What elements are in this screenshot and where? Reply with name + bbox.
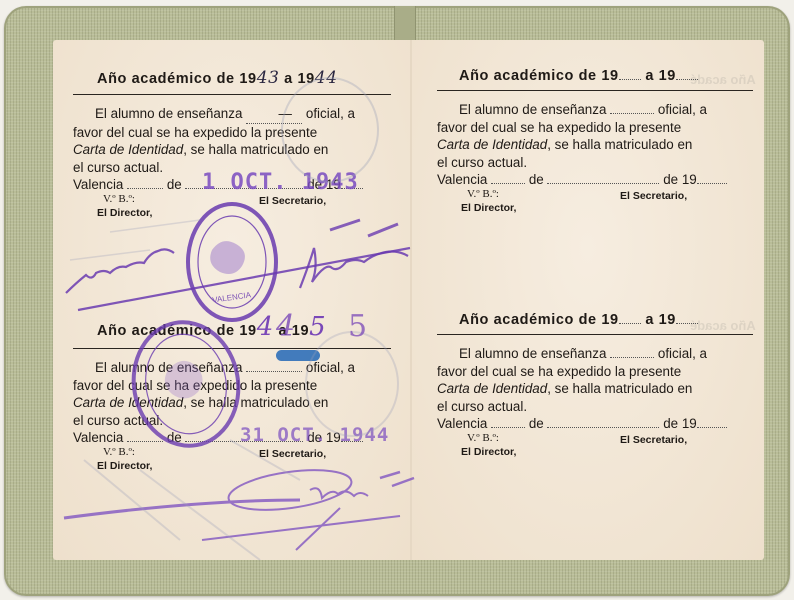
handwritten-year-from: 43: [257, 68, 280, 88]
section-body: El alumno de enseñanza oficial, a favor …: [437, 345, 753, 415]
section-heading: Año académico de 19 a 19: [437, 68, 753, 91]
handwritten-year-to: 5: [309, 312, 326, 342]
date-stamp-1943: 1 OCT. 1943: [202, 170, 359, 195]
ensenanza-field: —: [246, 105, 302, 124]
section-heading: Año académico de 194 a 195: [73, 312, 391, 349]
section-left-bottom: Año académico de 194 a 195 El alumno de …: [73, 312, 391, 476]
signature-row: V.º B.º: El Director, El Secretario,: [73, 446, 391, 476]
section-right-top: Año académico de 19 a 19 El alumno de en…: [437, 68, 753, 218]
date-line: Valencia de de 19: [437, 171, 753, 188]
signature-row: V.º B.º: El Director, El Secretario,: [437, 432, 753, 462]
section-heading: Año académico de 19 a 19: [437, 312, 753, 335]
signature-row: V.º B.º: El Director, El Secretario,: [437, 188, 753, 218]
page-gutter: [410, 40, 412, 560]
section-right-bottom: Año académico de 19 a 19 El alumno de en…: [437, 312, 753, 462]
section-body: El alumno de enseñanza — oficial, a favo…: [73, 105, 391, 176]
handwritten-year-from: 4: [257, 312, 274, 342]
section-heading: Año académico de 1943 a 1944: [73, 68, 391, 95]
booklet-spine: [394, 6, 416, 40]
date-line: Valencia de de 19: [437, 415, 753, 432]
redaction-mark: [276, 350, 320, 361]
section-body: El alumno de enseñanza oficial, a favor …: [437, 101, 753, 171]
section-left-top: Año académico de 1943 a 1944 El alumno d…: [73, 68, 391, 223]
handwritten-year-to: 44: [315, 68, 338, 88]
date-stamp-1944: 31 OCT. 1944: [240, 424, 389, 446]
signature-row: V.º B.º: El Director, El Secretario,: [73, 193, 391, 223]
section-body: El alumno de enseñanza oficial, a favor …: [73, 359, 391, 429]
